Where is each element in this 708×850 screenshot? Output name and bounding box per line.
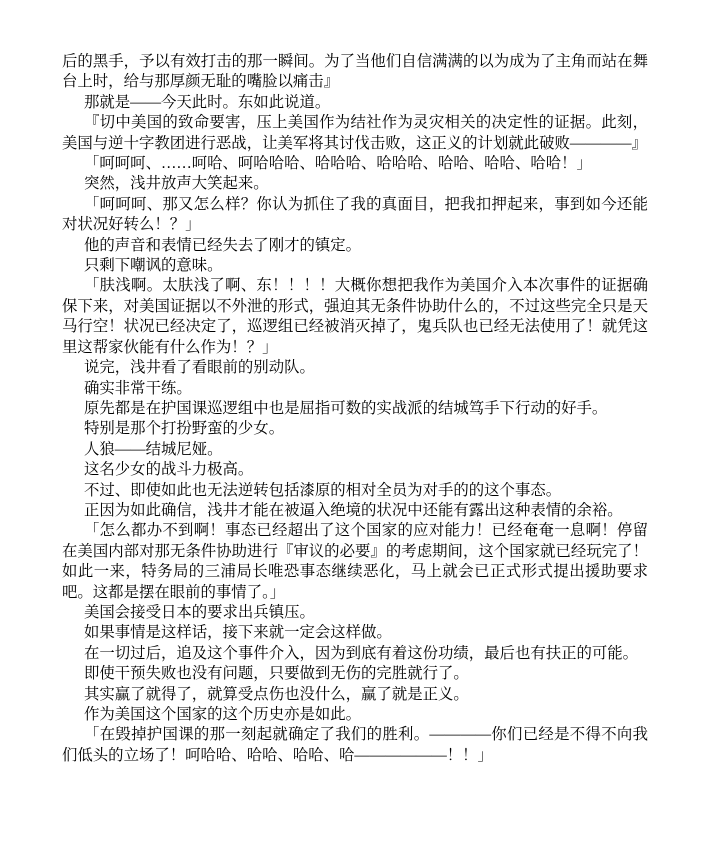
paragraph: 说完，浅井看了看眼前的别动队。 [62, 358, 648, 378]
document-page: 后的黑手，予以有效打击的那一瞬间。为了当他们自信满满的以为成为了主角而站在舞台上… [0, 0, 708, 850]
paragraph: 特别是那个打扮野蛮的少女。 [62, 419, 648, 439]
text-column: 后的黑手，予以有效打击的那一瞬间。为了当他们自信满满的以为成为了主角而站在舞台上… [62, 52, 648, 766]
paragraph: 不过、即使如此也无法逆转包括漆原的相对全员为对手的的这个事态。 [62, 481, 648, 501]
paragraph: 那就是——今天此时。东如此说道。 [62, 93, 648, 113]
paragraph: 确实非常干练。 [62, 379, 648, 399]
paragraph: 「呵呵呵、……呵哈、呵哈哈哈、哈哈哈、哈哈哈、哈哈、哈哈、哈哈！」 [62, 154, 648, 174]
paragraph: 「在毁掉护国课的那一刻起就确定了我们的胜利。————你们已经是不得不向我们低头的… [62, 725, 648, 766]
paragraph: 『切中美国的致命要害，压上美国作为结社作为灵灾相关的决定性的证据。此刻，美国与逆… [62, 113, 648, 154]
paragraph: 后的黑手，予以有效打击的那一瞬间。为了当他们自信满满的以为成为了主角而站在舞台上… [62, 52, 648, 93]
paragraph: 人狼——结城尼娅。 [62, 440, 648, 460]
paragraph: 突然，浅井放声大笑起来。 [62, 174, 648, 194]
paragraph: 原先都是在护国课巡逻组中也是屈指可数的实战派的结城笃手下行动的好手。 [62, 399, 648, 419]
paragraph: 只剩下嘲讽的意味。 [62, 256, 648, 276]
paragraph: 在一切过后，追及这个事件介入，因为到底有着这份功绩，最后也有扶正的可能。 [62, 644, 648, 664]
paragraph: 作为美国这个国家的这个历史亦是如此。 [62, 705, 648, 725]
paragraph: 「肤浅啊。太肤浅了啊、东！！！！大概你想把我作为美国介入本次事件的证据确保下来，… [62, 276, 648, 358]
paragraph: 其实赢了就得了，就算受点伤也没什么，赢了就是正义。 [62, 685, 648, 705]
paragraph: 这名少女的战斗力极高。 [62, 460, 648, 480]
paragraph: 美国会接受日本的要求出兵镇压。 [62, 603, 648, 623]
paragraph: 正因为如此确信，浅井才能在被逼入绝境的状况中还能有露出这种表情的余裕。 [62, 501, 648, 521]
paragraph: 他的声音和表情已经失去了刚才的镇定。 [62, 236, 648, 256]
paragraph: 如果事情是这样话，接下来就一定会这样做。 [62, 623, 648, 643]
paragraph: 「呵呵呵、那又怎么样？你认为抓住了我的真面目，把我扣押起来，事到如今还能对状况好… [62, 195, 648, 236]
paragraph: 即使干预失败也没有问题，只要做到无伤的完胜就行了。 [62, 664, 648, 684]
paragraph: 「怎么都办不到啊！事态已经超出了这个国家的应对能力！已经奄奄一息啊！停留在美国内… [62, 521, 648, 603]
